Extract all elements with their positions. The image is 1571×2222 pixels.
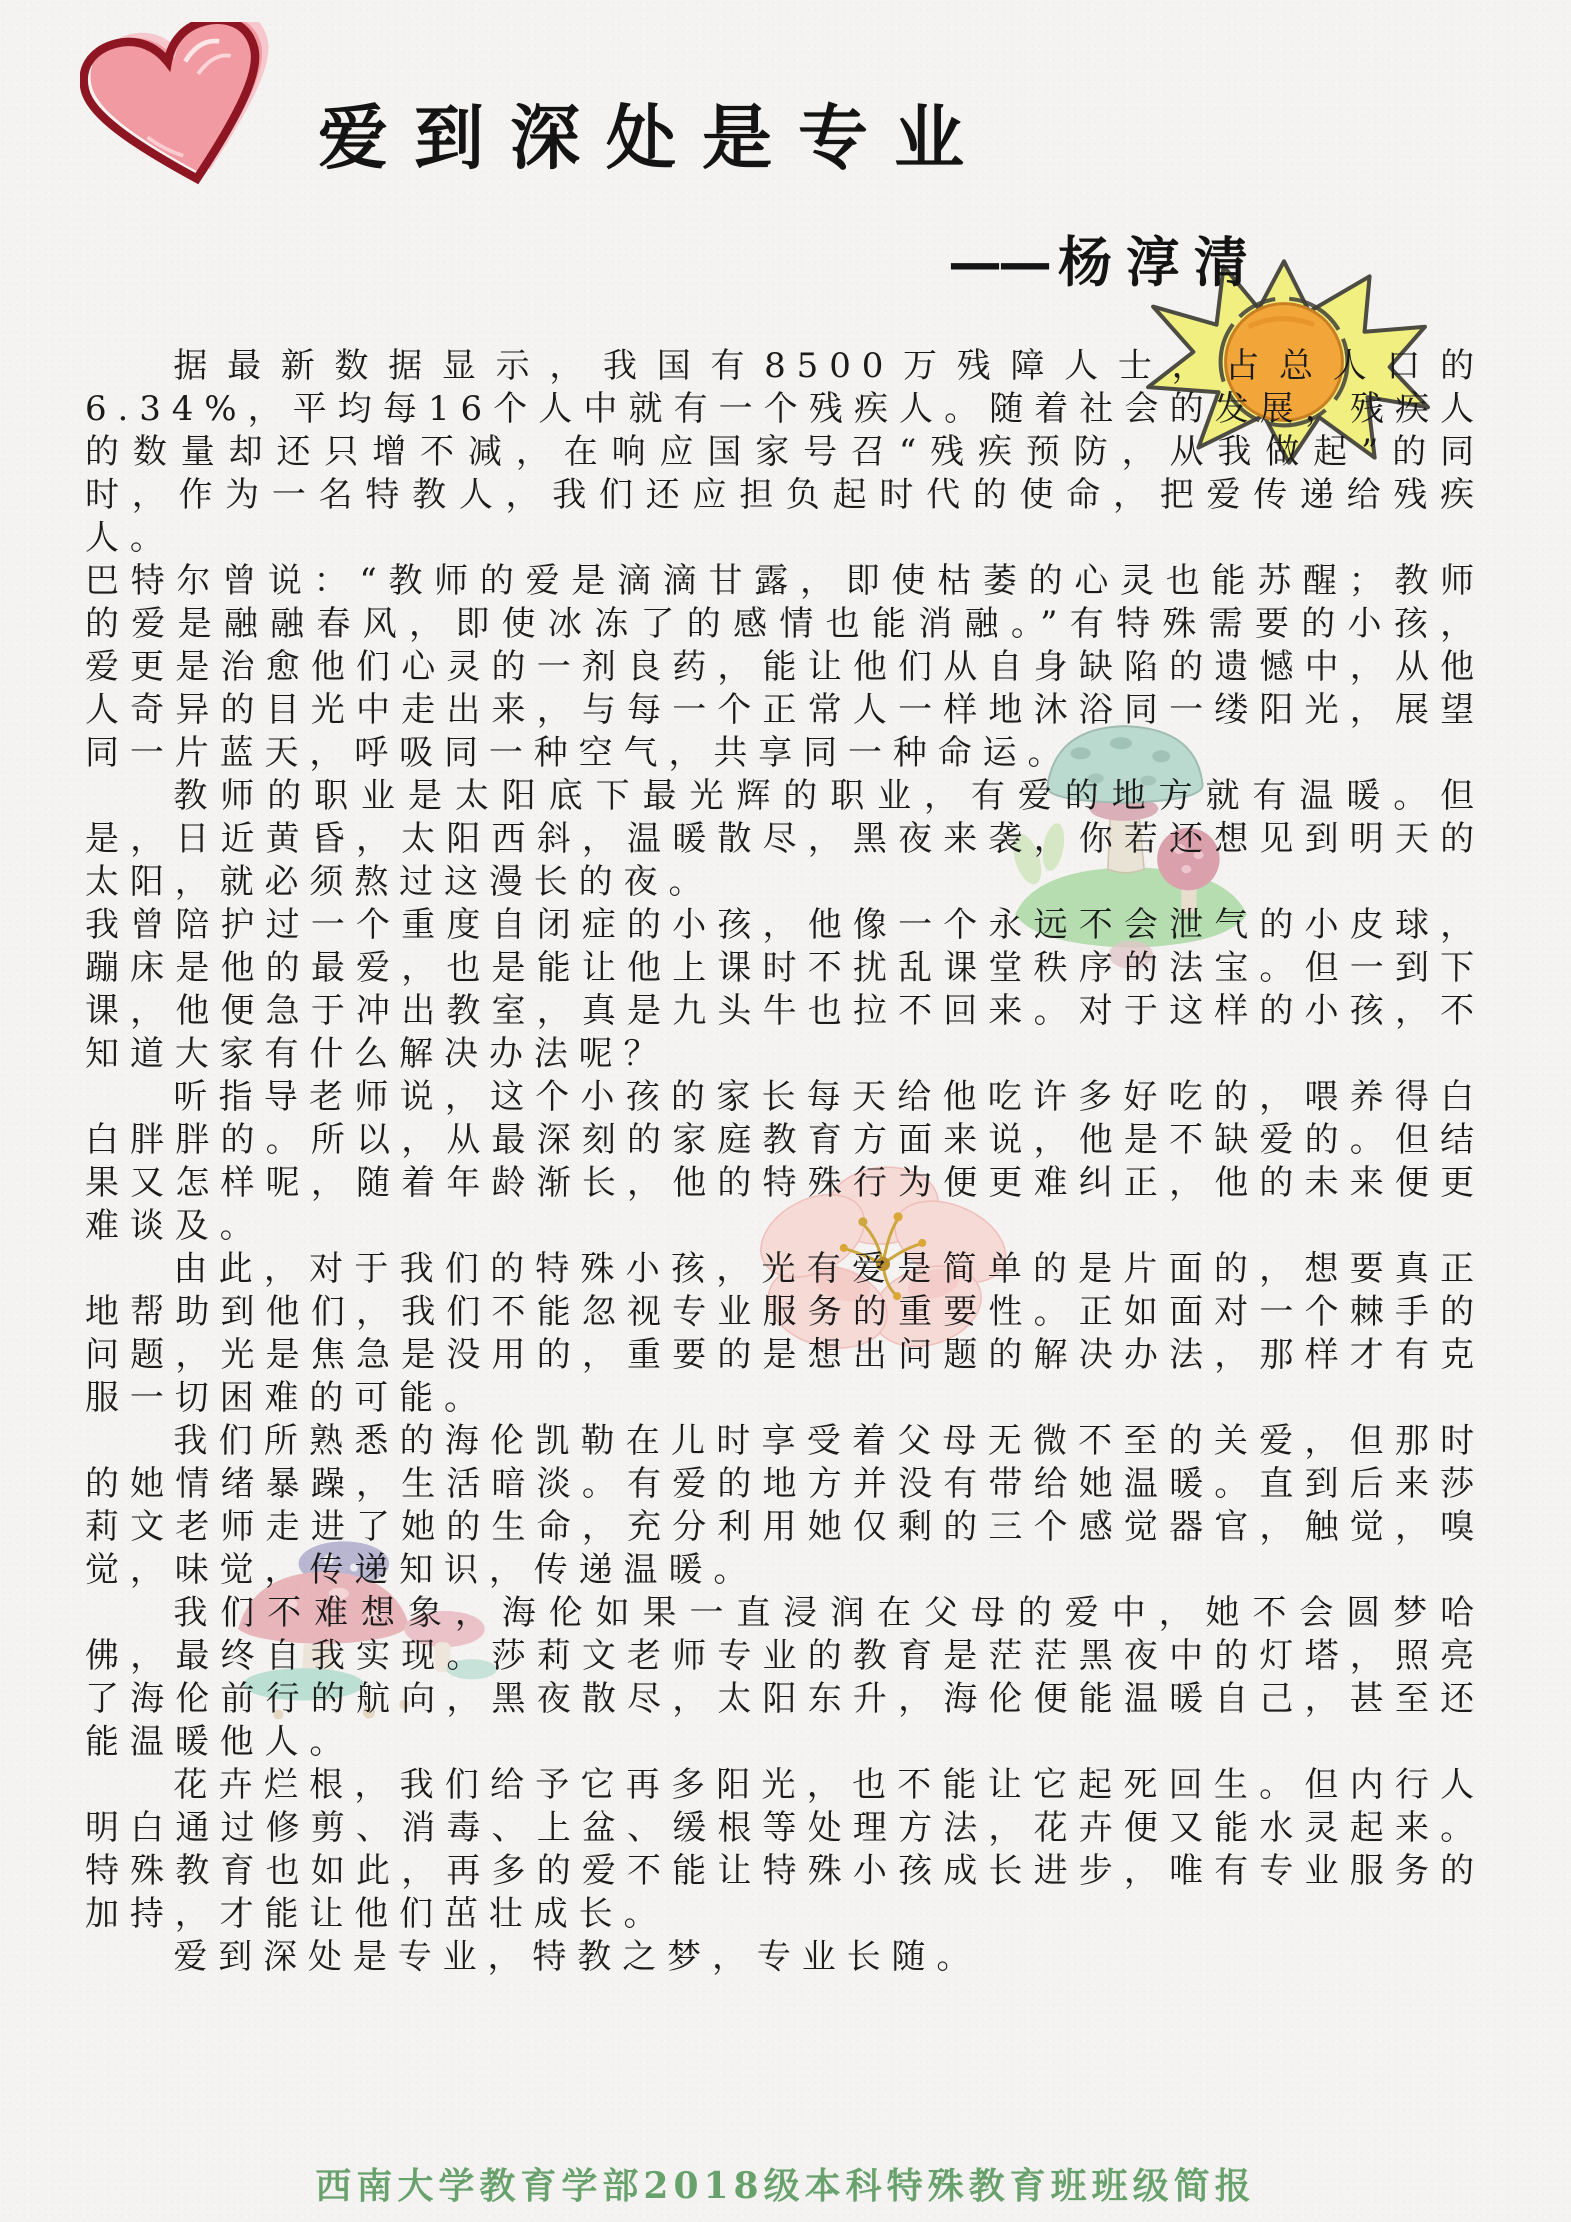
paragraph: 爱到深处是专业，特教之梦，专业长随。 xyxy=(85,1936,1485,1979)
paragraph: 我们所熟悉的海伦凯勒在儿时享受着父母无微不至的关爱，但那时的她情绪暴躁，生活暗淡… xyxy=(85,1420,1485,1592)
paragraph: 教师的职业是太阳底下最光辉的职业，有爱的地方就有温暖。但是，日近黄昏，太阳西斜，… xyxy=(85,775,1485,904)
paragraph: 巴特尔曾说：“教师的爱是滴滴甘露，即使枯萎的心灵也能苏醒；教师的爱是融融春风，即… xyxy=(85,560,1485,775)
heart-doodle-icon xyxy=(80,22,300,202)
paragraph: 由此，对于我们的特殊小孩，光有爱是简单的是片面的，想要真正地帮助到他们，我们不能… xyxy=(85,1248,1485,1420)
paragraph: 据最新数据显示，我国有8500万残障人士，占总人口的6.34%，平均每16个人中… xyxy=(85,345,1485,560)
paragraph: 我们不难想象，海伦如果一直浸润在父母的爱中，她不会圆梦哈佛，最终自我实现。莎莉文… xyxy=(85,1592,1485,1764)
author-line: ——杨淳清 xyxy=(948,220,1262,297)
paragraph: 我曾陪护过一个重度自闭症的小孩，他像一个永远不会泄气的小皮球，蹦床是他的最爱，也… xyxy=(85,904,1485,1076)
footer-text: 西南大学教育学部2018级本科特殊教育班班级简报 xyxy=(0,2158,1571,2209)
bulletin-page: 爱到深处是专业 ——杨淳清 据最新数据显示，我国有8500万残障人士，占总人口的… xyxy=(0,0,1571,2222)
author-name: 杨淳清 xyxy=(1058,230,1262,294)
paragraph: 花卉烂根，我们给予它再多阳光，也不能让它起死回生。但内行人明白通过修剪、消毒、上… xyxy=(85,1764,1485,1936)
page-title: 爱到深处是专业 xyxy=(318,82,990,183)
paragraph: 听指导老师说，这个小孩的家长每天给他吃许多好吃的，喂养得白白胖胖的。所以，从最深… xyxy=(85,1076,1485,1248)
author-dash: —— xyxy=(948,230,1048,294)
essay-body: 据最新数据显示，我国有8500万残障人士，占总人口的6.34%，平均每16个人中… xyxy=(85,345,1485,1979)
